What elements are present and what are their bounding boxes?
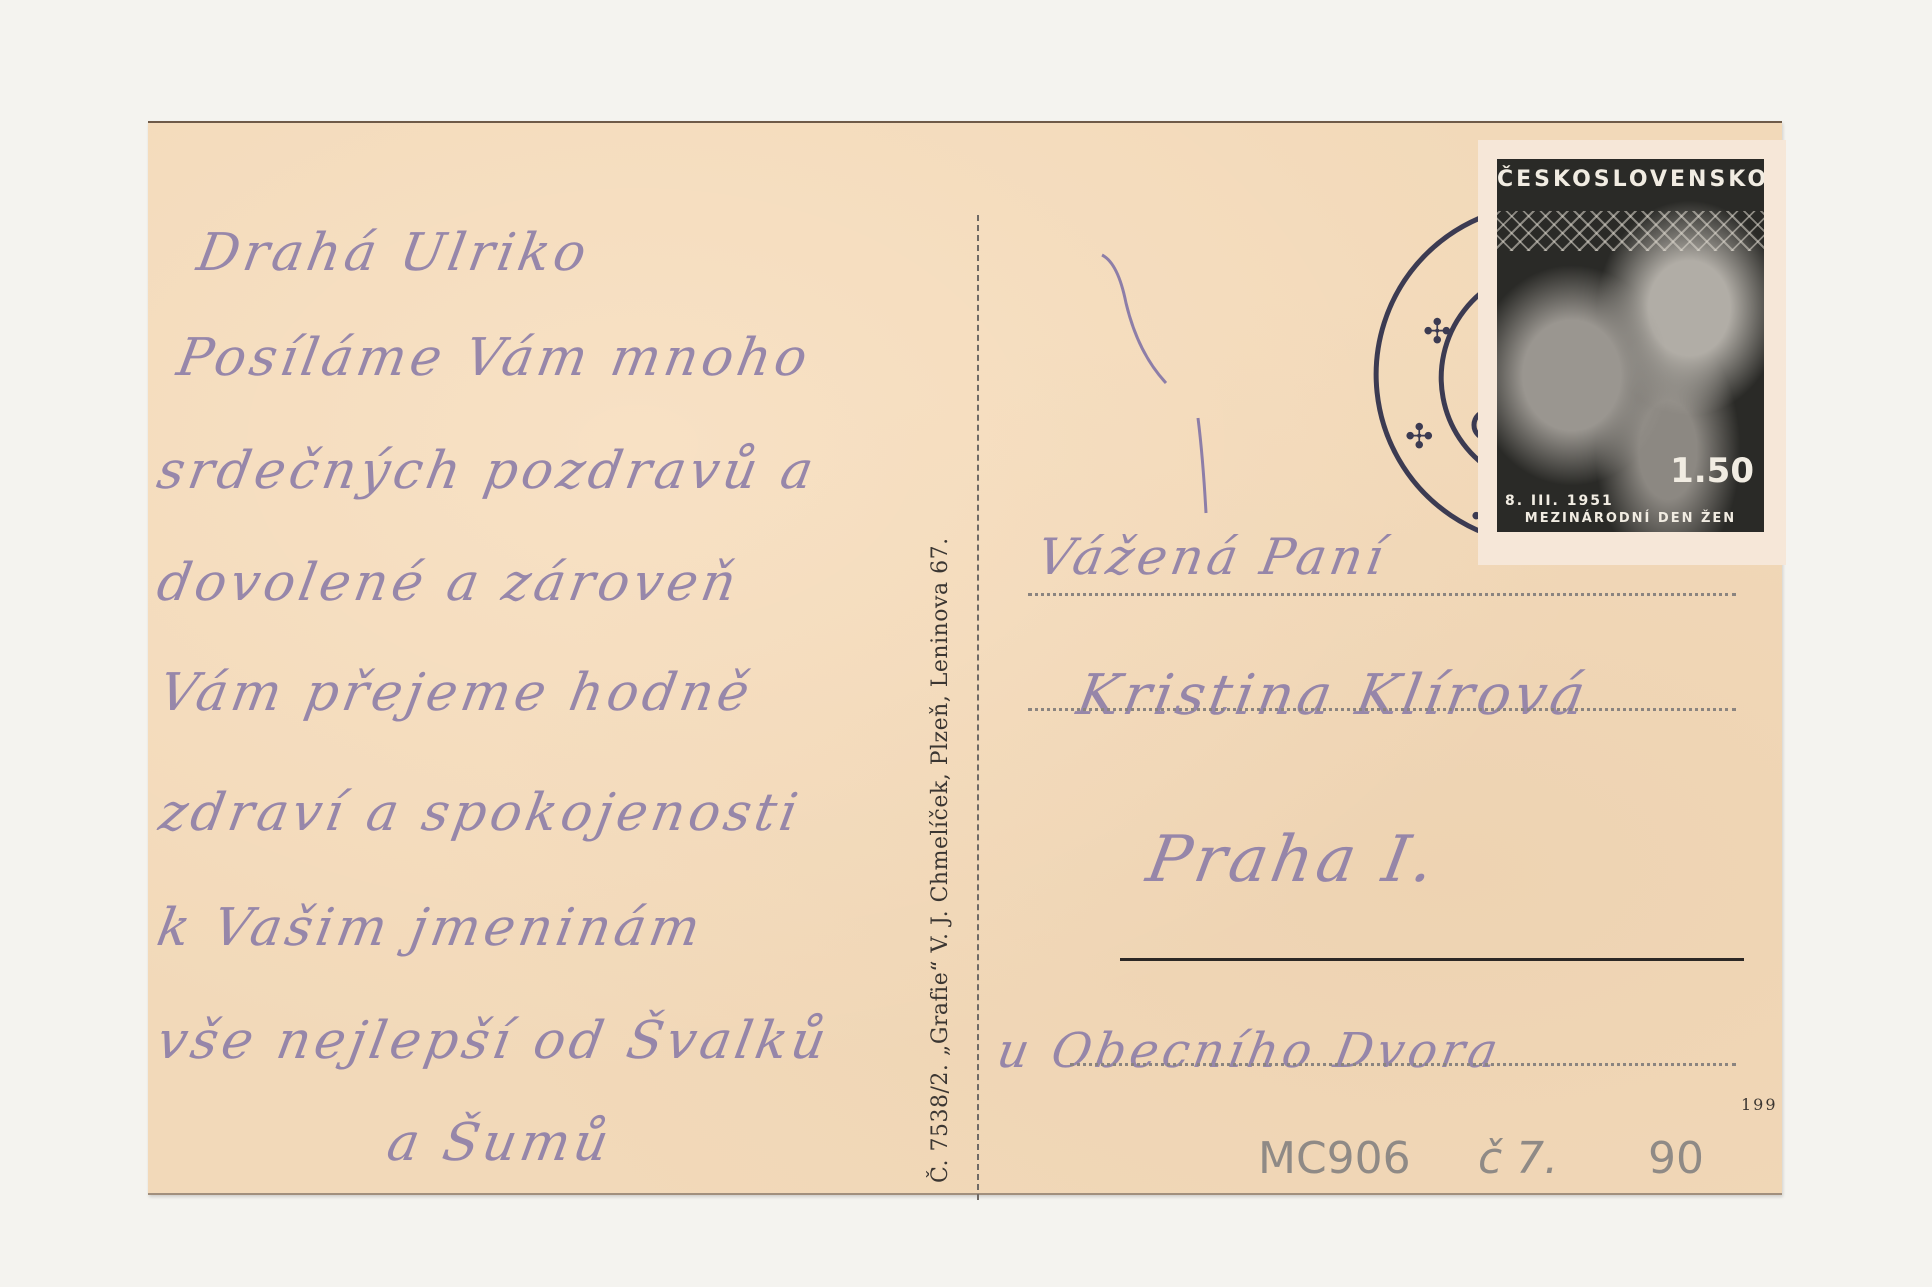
message-line: Vám přejeme hodně — [155, 663, 758, 723]
address-city: Praha I. — [1141, 823, 1443, 897]
postage-stamp: ČESKOSLOVENSKO 1.50 8. III. 1951 MEZINÁR… — [1478, 140, 1786, 565]
postcard: Drahá Ulriko Posíláme Vám mnoho srdečnýc… — [148, 121, 1782, 1195]
pencil-note: 90 — [1648, 1133, 1704, 1184]
message-line: zdraví a spokojenosti — [155, 783, 806, 843]
message-line: srdečných pozdravů a — [153, 441, 822, 501]
stamp-value: 1.50 — [1670, 451, 1754, 491]
stamp-country: ČESKOSLOVENSKO — [1497, 167, 1764, 192]
postmark-star-icon: ✣ — [1423, 312, 1452, 352]
printer-imprint: Č. 7538/2. „Grafie“ V. J. Chmelíček, Plz… — [928, 537, 953, 1183]
message-line: k Vašim jmeninám — [153, 898, 709, 958]
postmark-star-icon: ✣ — [1405, 417, 1434, 457]
stamp-date: 8. III. 1951 — [1505, 493, 1614, 509]
address-line: Vážená Paní — [1033, 528, 1392, 586]
address-dotted-line — [1028, 708, 1736, 711]
pencil-note: č 7. — [1478, 1133, 1558, 1184]
address-solid-line — [1120, 958, 1744, 961]
message-line: dovolené a zároveň — [153, 553, 745, 613]
message-line: vše nejlepší od Švalků — [153, 1011, 835, 1071]
pencil-note: MC906 — [1258, 1133, 1411, 1184]
address-dotted-line — [1070, 1063, 1736, 1066]
stamp-caption: MEZINÁRODNÍ DEN ŽEN — [1497, 511, 1764, 526]
message-line: Drahá Ulriko — [193, 223, 595, 283]
message-line: a Šumů — [383, 1113, 617, 1173]
pencil-marks — [1088, 243, 1208, 523]
center-divider — [977, 215, 979, 1200]
message-line: Posíláme Vám mnoho — [173, 328, 816, 388]
address-line: Kristina Klírová — [1072, 663, 1594, 728]
address-line: u Obecního Dvora — [993, 1023, 1506, 1079]
address-dotted-line — [1028, 593, 1736, 596]
print-number: 199 — [1741, 1095, 1778, 1114]
stamp-girders — [1497, 211, 1764, 251]
stamp-image: ČESKOSLOVENSKO 1.50 8. III. 1951 MEZINÁR… — [1497, 159, 1764, 532]
